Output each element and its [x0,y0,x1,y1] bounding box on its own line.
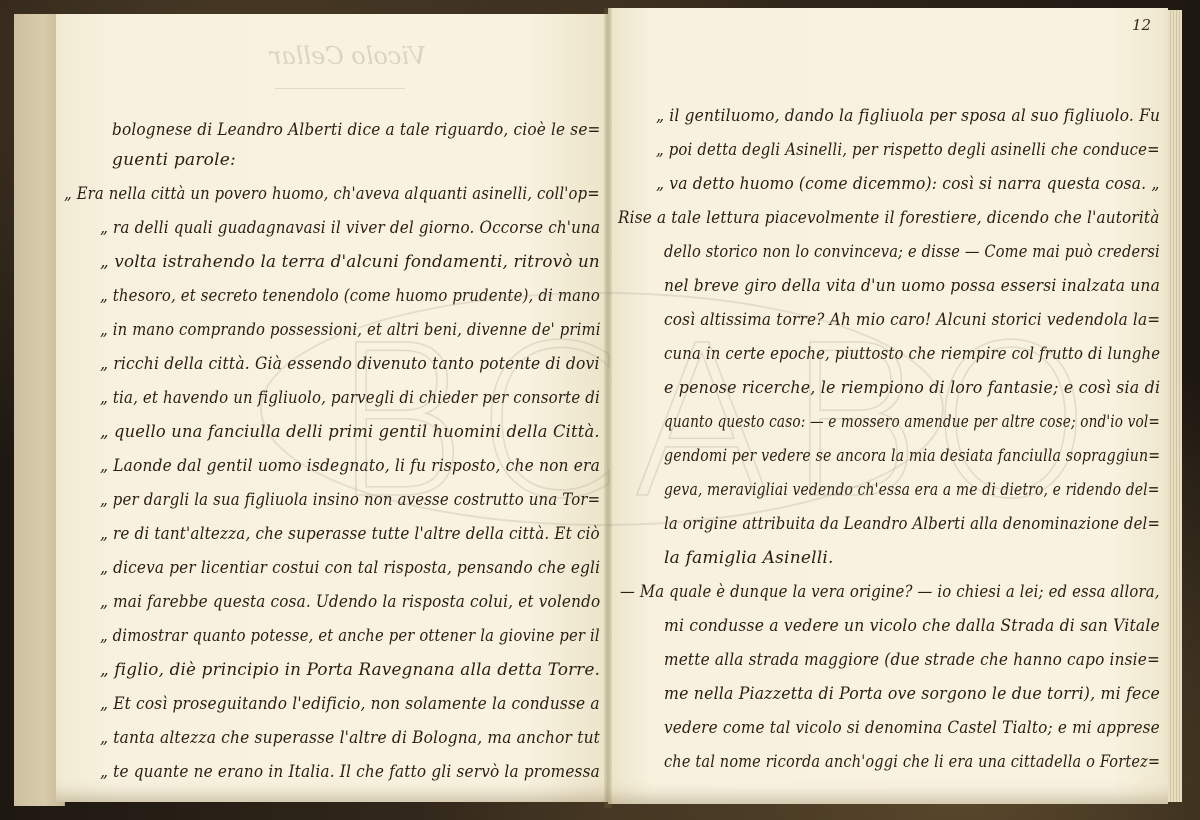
text-line: „ mai farebbe questa cosa. Udendo la ris… [100,590,600,614]
text-line: e penose ricerche, le riempiono di loro … [664,376,1160,400]
text-line: „ quello una fanciulla delli primi genti… [100,420,600,444]
text-line: „ Et così proseguitando l'edificio, non … [100,692,600,716]
text-line: „ ra delli quali guadagnavasi il viver d… [100,216,600,240]
text-line: quanto questo caso: — e mossero amendue … [664,410,1160,434]
text-line: nel breve giro della vita d'un uomo poss… [664,274,1160,298]
text-line: „ dimostrar quanto potesse, et anche per… [100,624,600,648]
text-line: „ per dargli la sua figliuola insino non… [100,488,600,512]
bleedthrough-title: Vicolo Cellar [270,42,426,70]
text-line: — Ma quale è dunque la vera origine? — i… [620,580,1160,604]
text-line: „ va detto huomo (come dicemmo): così si… [656,172,1160,196]
text-line: „ thesoro, et secreto tenendolo (come hu… [100,284,600,308]
text-line: „ re di tant'altezza, che superasse tutt… [100,522,600,546]
text-line: guenti parole: [112,148,236,172]
text-line: „ Era nella città un povero huomo, ch'av… [64,182,600,206]
text-line: „ ricchi della città. Già essendo divenu… [100,352,600,376]
text-line: „ poi detta degli Asinelli, per rispetto… [656,138,1160,162]
book-gutter [604,8,612,808]
text-line: mette alla strada maggiore (due strade c… [664,648,1160,672]
text-line: „ figlio, diè principio in Porta Ravegna… [100,658,600,682]
text-line: geva, meravigliai vedendo ch'essa era a … [664,478,1160,502]
text-line: „ te quante ne erano in Italia. Il che f… [100,760,600,784]
text-line: „ diceva per licentiar costui con tal ri… [100,556,600,580]
text-line: la origine attribuita da Leandro Alberti… [664,512,1160,536]
bleedthrough-rule [275,88,405,89]
text-line: „ in mano comprando possessioni, et altr… [100,318,601,342]
text-line: „ Laonde dal gentil uomo isdegnato, li f… [100,454,600,478]
text-line: così altissima torre? Ah mio caro! Alcun… [664,308,1160,332]
page-edges [1168,10,1182,802]
text-line: gendomi per vedere se ancora la mia desi… [664,444,1160,468]
page-number: 12 [1132,16,1151,34]
text-line: che tal nome ricorda anch'oggi che li er… [664,750,1160,774]
text-line: „ il gentiluomo, dando la figliuola per … [656,104,1160,128]
text-line: „ tanta altezza che superasse l'altre di… [100,726,600,750]
text-line: mi condusse a vedere un vicolo che dalla… [664,614,1160,638]
text-line: la famiglia Asinelli. [664,546,834,570]
text-line: vedere come tal vicolo si denomina Caste… [664,716,1160,740]
text-line: dello storico non lo convinceva; e disse… [664,240,1160,264]
text-line: „ tia, et havendo un figliuolo, parvegli… [100,386,600,410]
text-line: me nella Piazzetta di Porta ove sorgono … [664,682,1160,706]
text-line: „ volta istrahendo la terra d'alcuni fon… [100,250,600,274]
text-line: Rise a tale lettura piacevolmente il for… [618,206,1160,230]
text-line: bolognese di Leandro Alberti dice a tale… [112,118,601,142]
text-line: cuna in certe epoche, piuttosto che riem… [664,342,1160,366]
